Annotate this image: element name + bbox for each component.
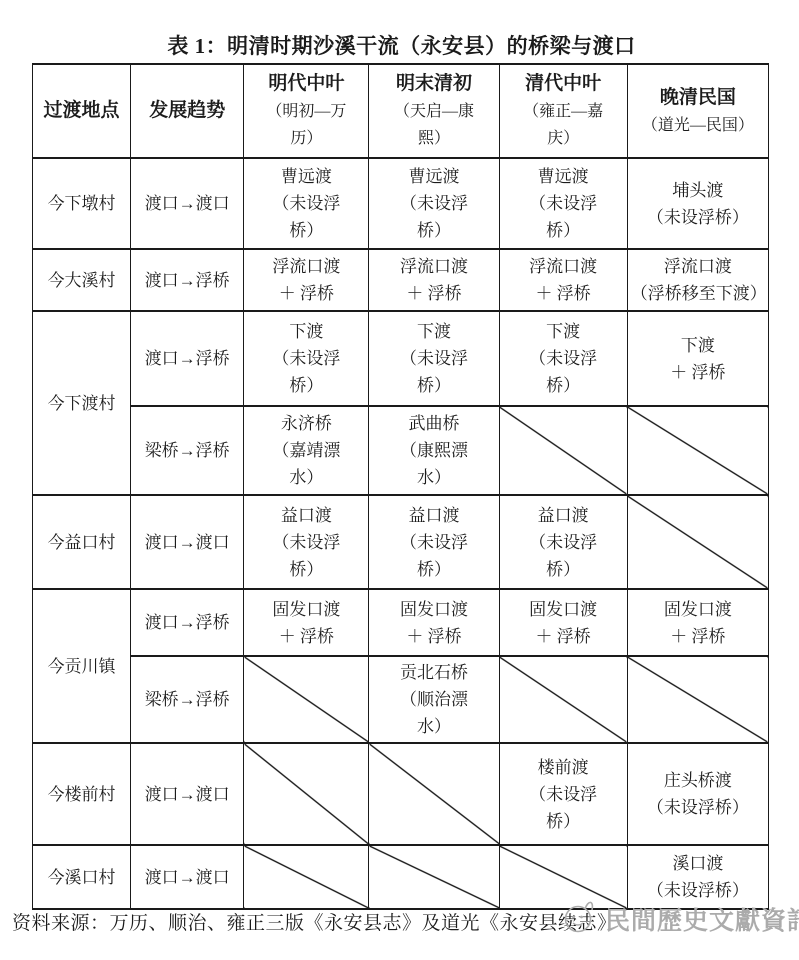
header-sub-label: （雍正—嘉 庆） (503, 98, 624, 152)
data-cell: 浮流口渡 ＋ 浮桥 (244, 249, 369, 311)
trend-cell: 渡口→渡口 (131, 158, 244, 249)
table-row: 梁桥→浮桥 贡北石桥 （顺治漂 水） (33, 656, 769, 743)
data-cell: 益口渡 （未设浮 桥） (244, 495, 369, 589)
data-cell: 浮流口渡 ＋ 浮桥 (369, 249, 499, 311)
place-cell: 今益口村 (33, 495, 131, 589)
header-late-qing-republic: 晚清民国（道光—民国） (627, 64, 768, 158)
data-cell: 永济桥 （嘉靖漂 水） (244, 406, 369, 495)
header-main-label: 清代中叶 (503, 70, 624, 98)
data-cell: 浮流口渡 （浮桥移至下渡） (627, 249, 768, 311)
header-main-label: 明末清初 (372, 70, 495, 98)
data-cell: 下渡 （未设浮 桥） (244, 311, 369, 406)
trend-cell: 渡口→浮桥 (131, 589, 244, 656)
trend-cell: 梁桥→浮桥 (131, 406, 244, 495)
data-cell: 固发口渡 ＋ 浮桥 (244, 589, 369, 656)
header-sub-label: （道光—民国） (631, 112, 765, 139)
empty-diagonal-cell (627, 656, 768, 743)
empty-diagonal-cell (244, 656, 369, 743)
watermark-text: 民間歷史文獻資訊網 (605, 901, 799, 937)
data-cell: 武曲桥 （康熙漂 水） (369, 406, 499, 495)
place-cell: 今下渡村 (33, 311, 131, 495)
empty-diagonal-cell (369, 743, 499, 845)
header-crossing-location: 过渡地点 (33, 64, 131, 158)
data-cell: 益口渡 （未设浮 桥） (499, 495, 627, 589)
header-sub-label: （明初—万 历） (247, 98, 365, 152)
watermark: 民間歷史文獻資訊網 (562, 897, 799, 940)
trend-cell: 渡口→浮桥 (131, 311, 244, 406)
data-cell: 曹远渡 （未设浮 桥） (244, 158, 369, 249)
data-cell: 埔头渡 （未设浮桥） (627, 158, 768, 249)
header-main-label: 晚清民国 (631, 84, 765, 112)
table-row: 今益口村 渡口→渡口 益口渡 （未设浮 桥） 益口渡 （未设浮 桥） 益口渡 （… (33, 495, 769, 589)
header-main-label: 发展趋势 (134, 97, 240, 125)
empty-diagonal-cell (369, 845, 499, 909)
empty-diagonal-cell (244, 845, 369, 909)
data-cell: 曹远渡 （未设浮 桥） (369, 158, 499, 249)
source-note: 资料来源：万历、顺治、雍正三版《永安县志》及道光《永安县续志》 (12, 908, 617, 935)
page-title: 表 1：明清时期沙溪干流（永安县）的桥梁与渡口 (33, 30, 770, 60)
data-cell: 固发口渡 ＋ 浮桥 (369, 589, 499, 656)
header-row: 过渡地点 发展趋势 明代中叶（明初—万 历） 明末清初（天启—康 熙） 清代中叶… (33, 64, 769, 158)
mascot-seal-icon (562, 897, 598, 940)
data-cell: 浮流口渡 ＋ 浮桥 (499, 249, 627, 311)
empty-diagonal-cell (627, 495, 768, 589)
empty-diagonal-cell (627, 406, 768, 495)
header-mid-ming: 明代中叶（明初—万 历） (244, 64, 369, 158)
place-cell: 今大溪村 (33, 249, 131, 311)
data-cell: 益口渡 （未设浮 桥） (369, 495, 499, 589)
trend-cell: 渡口→渡口 (131, 495, 244, 589)
table-row: 今大溪村 渡口→浮桥 浮流口渡 ＋ 浮桥 浮流口渡 ＋ 浮桥 浮流口渡 ＋ 浮桥… (33, 249, 769, 311)
place-cell: 今下墩村 (33, 158, 131, 249)
empty-diagonal-cell (499, 406, 627, 495)
data-cell: 楼前渡 （未设浮 桥） (499, 743, 627, 845)
place-cell: 今楼前村 (33, 743, 131, 845)
header-mid-qing: 清代中叶（雍正—嘉 庆） (499, 64, 627, 158)
data-cell: 下渡 ＋ 浮桥 (627, 311, 768, 406)
data-cell: 固发口渡 ＋ 浮桥 (627, 589, 768, 656)
data-cell: 下渡 （未设浮 桥） (369, 311, 499, 406)
place-cell: 今贡川镇 (33, 589, 131, 743)
trend-cell: 渡口→浮桥 (131, 249, 244, 311)
header-main-label: 过渡地点 (36, 97, 127, 125)
data-cell: 下渡 （未设浮 桥） (499, 311, 627, 406)
data-cell: 曹远渡 （未设浮 桥） (499, 158, 627, 249)
table-row: 今下墩村 渡口→渡口 曹远渡 （未设浮 桥） 曹远渡 （未设浮 桥） 曹远渡 （… (33, 158, 769, 249)
header-sub-label: （天启—康 熙） (372, 98, 495, 152)
table-row: 梁桥→浮桥 永济桥 （嘉靖漂 水） 武曲桥 （康熙漂 水） (33, 406, 769, 495)
table-row: 今贡川镇 渡口→浮桥 固发口渡 ＋ 浮桥 固发口渡 ＋ 浮桥 固发口渡 ＋ 浮桥… (33, 589, 769, 656)
header-main-label: 明代中叶 (247, 70, 365, 98)
data-cell: 庄头桥渡 （未设浮桥） (627, 743, 768, 845)
table-row: 今下渡村 渡口→浮桥 下渡 （未设浮 桥） 下渡 （未设浮 桥） 下渡 （未设浮… (33, 311, 769, 406)
data-cell: 贡北石桥 （顺治漂 水） (369, 656, 499, 743)
bridges-ferries-table: 过渡地点 发展趋势 明代中叶（明初—万 历） 明末清初（天启—康 熙） 清代中叶… (32, 63, 769, 910)
table-row: 今楼前村 渡口→渡口 楼前渡 （未设浮 桥） 庄头桥渡 （未设浮桥） (33, 743, 769, 845)
trend-cell: 渡口→渡口 (131, 743, 244, 845)
place-cell: 今溪口村 (33, 845, 131, 909)
trend-cell: 梁桥→浮桥 (131, 656, 244, 743)
header-development-trend: 发展趋势 (131, 64, 244, 158)
data-cell: 固发口渡 ＋ 浮桥 (499, 589, 627, 656)
empty-diagonal-cell (499, 656, 627, 743)
header-late-ming-early-qing: 明末清初（天启—康 熙） (369, 64, 499, 158)
trend-cell: 渡口→渡口 (131, 845, 244, 909)
empty-diagonal-cell (244, 743, 369, 845)
